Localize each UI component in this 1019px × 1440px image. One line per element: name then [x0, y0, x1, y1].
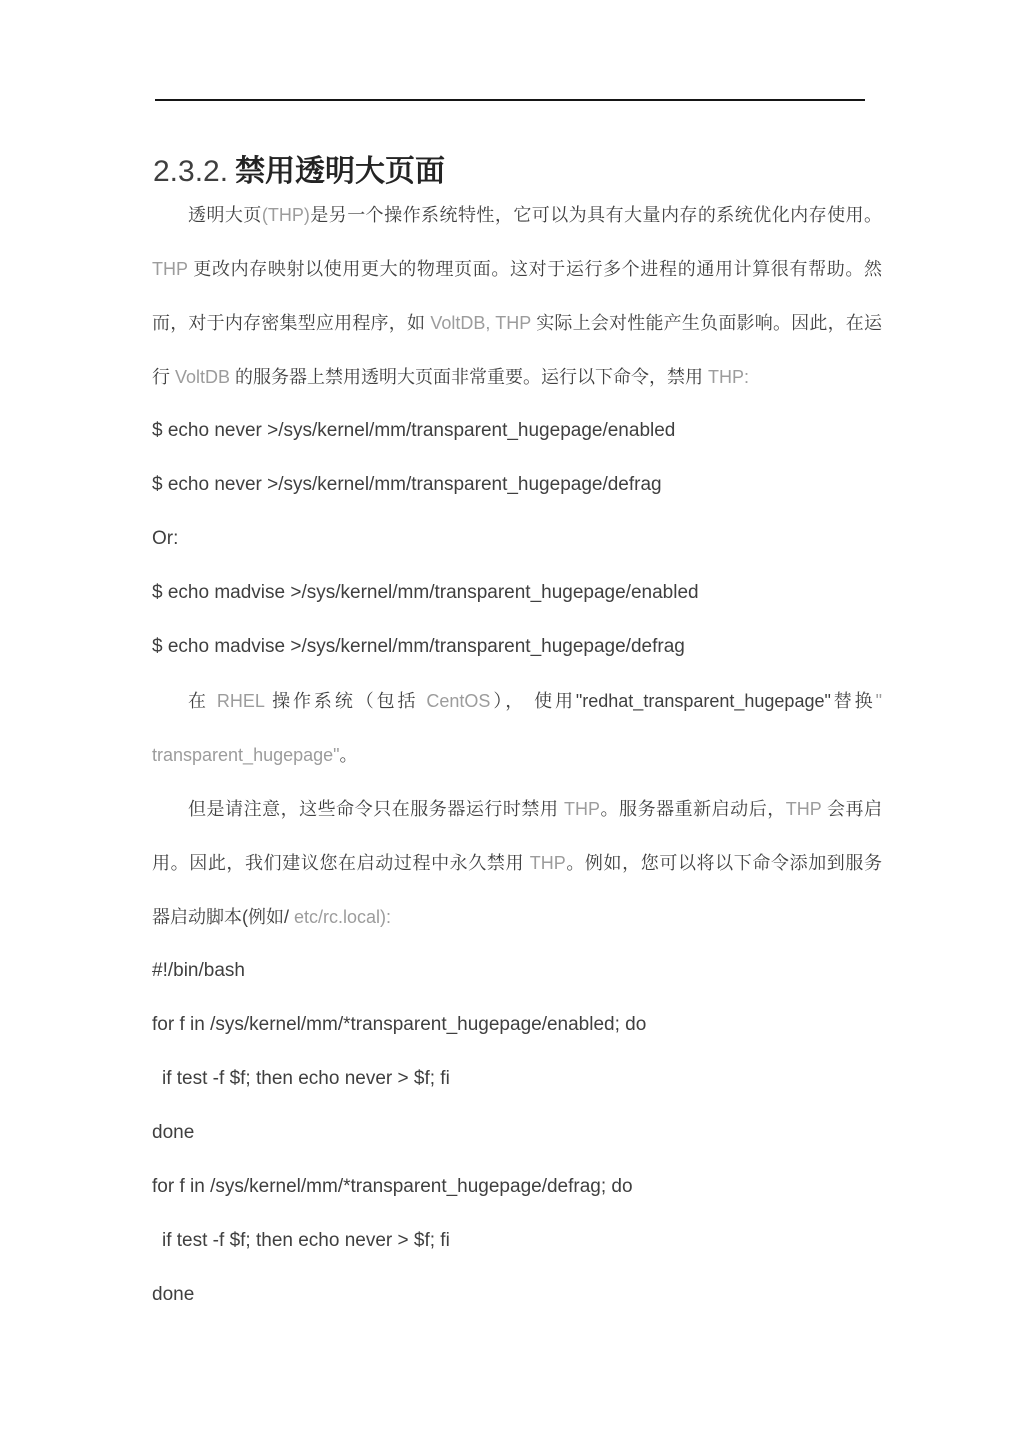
text-line: 用。因此，我们建议您在启动过程中永久禁用 THP。例如，您可以将以下命令添加到服… — [152, 836, 882, 890]
text-line: 器启动脚本(例如/ etc/rc.local): — [152, 890, 882, 944]
section-number: 2.3.2. — [153, 155, 228, 188]
text-segment: 是另一个操作系统特性，它可以为具有大量内存的系统优化内存使用。 — [310, 205, 882, 225]
text-segment: if test -f $f; then echo never > $f; fi — [162, 1230, 450, 1251]
text-segment: for f in /sys/kernel/mm/*transparent_hug… — [152, 1176, 633, 1197]
text-segment: " — [876, 691, 882, 711]
text-segment: 更改内存映射以使用更大的物理页面。这对于运行多个进程的通用计算很有帮助。然 — [193, 259, 882, 279]
text-segment: $ echo never >/sys/kernel/mm/transparent… — [152, 420, 675, 441]
text-line: Or: — [152, 512, 882, 566]
text-segment: 操作系统（包括 — [272, 691, 426, 711]
text-line: for f in /sys/kernel/mm/*transparent_hug… — [152, 1160, 882, 1214]
text-segment: 透明大页 — [188, 205, 262, 225]
text-line: if test -f $f; then echo never > $f; fi — [152, 1214, 882, 1268]
text-segment: 会再启 — [827, 799, 882, 819]
text-segment: 实际上会对性能产生负面影响。因此，在运 — [536, 313, 882, 333]
text-segment: CentOS — [426, 691, 490, 711]
section-title: 禁用透明大页面 — [235, 155, 445, 188]
text-segment: VoltDB — [175, 367, 235, 387]
text-segment: 用。因此，我们建议您在启动过程中永久禁用 — [152, 853, 530, 873]
text-segment: transparent_hugepage" — [152, 745, 340, 765]
text-segment: 器启动脚本(例如/ — [152, 907, 294, 927]
text-segment: RHEL — [217, 691, 272, 711]
text-line: $ echo madvise >/sys/kernel/mm/transpare… — [152, 566, 882, 620]
horizontal-rule — [155, 99, 865, 101]
text-line: done — [152, 1268, 882, 1322]
text-line: $ echo madvise >/sys/kernel/mm/transpare… — [152, 620, 882, 674]
text-line: #!/bin/bash — [152, 944, 882, 998]
text-segment: THP — [564, 799, 600, 819]
text-segment: 但是请注意，这些命令只在服务器运行时禁用 — [188, 799, 564, 819]
document-page: 2.3.2.禁用透明大页面 透明大页(THP)是另一个操作系统特性，它可以为具有… — [0, 0, 1019, 1440]
text-line: THP 更改内存映射以使用更大的物理页面。这对于运行多个进程的通用计算很有帮助。… — [152, 242, 882, 296]
text-line: done — [152, 1106, 882, 1160]
text-segment: ）， 使用"redhat_transparent_hugepage"替换 — [490, 691, 875, 711]
text-line: 在 RHEL 操作系统（包括 CentOS）， 使用"redhat_transp… — [152, 674, 882, 728]
text-segment: $ echo madvise >/sys/kernel/mm/transpare… — [152, 582, 699, 603]
text-line: 但是请注意，这些命令只在服务器运行时禁用 THP。服务器重新启动后，THP 会再… — [152, 782, 882, 836]
text-segment: 而，对于内存密集型应用程序，如 — [152, 313, 430, 333]
text-segment: THP — [786, 799, 827, 819]
text-segment: #!/bin/bash — [152, 960, 245, 981]
text-segment: 行 — [152, 367, 175, 387]
text-segment: (THP) — [262, 205, 310, 225]
text-line: for f in /sys/kernel/mm/*transparent_hug… — [152, 998, 882, 1052]
text-segment: THP: — [708, 367, 749, 387]
text-line: transparent_hugepage"。 — [152, 728, 882, 782]
text-segment: for f in /sys/kernel/mm/*transparent_hug… — [152, 1014, 646, 1035]
text-segment: Or: — [152, 528, 178, 549]
text-line: if test -f $f; then echo never > $f; fi — [152, 1052, 882, 1106]
text-segment: if test -f $f; then echo never > $f; fi — [162, 1068, 450, 1089]
document-body: 透明大页(THP)是另一个操作系统特性，它可以为具有大量内存的系统优化内存使用。… — [152, 188, 882, 1322]
text-segment: THP — [530, 853, 566, 873]
text-segment: $ echo never >/sys/kernel/mm/transparent… — [152, 474, 662, 495]
text-segment: $ echo madvise >/sys/kernel/mm/transpare… — [152, 636, 685, 657]
text-segment: etc/rc.local): — [294, 907, 391, 927]
text-segment: 。服务器重新启动后， — [600, 799, 786, 819]
text-segment: 的服务器上禁用透明大页面非常重要。运行以下命令，禁用 — [235, 367, 708, 387]
text-segment: THP — [152, 259, 193, 279]
text-line: $ echo never >/sys/kernel/mm/transparent… — [152, 404, 882, 458]
text-segment: 。例如，您可以将以下命令添加到服务 — [566, 853, 882, 873]
text-segment: 。 — [340, 745, 358, 765]
text-line: 而，对于内存密集型应用程序，如 VoltDB, THP 实际上会对性能产生负面影… — [152, 296, 882, 350]
text-line: 透明大页(THP)是另一个操作系统特性，它可以为具有大量内存的系统优化内存使用。 — [152, 188, 882, 242]
text-line: $ echo never >/sys/kernel/mm/transparent… — [152, 458, 882, 512]
text-segment: VoltDB, THP — [430, 313, 536, 333]
text-segment: done — [152, 1284, 194, 1305]
text-segment: done — [152, 1122, 194, 1143]
text-line: 行 VoltDB 的服务器上禁用透明大页面非常重要。运行以下命令，禁用 THP: — [152, 350, 882, 404]
text-segment: 在 — [188, 691, 217, 711]
